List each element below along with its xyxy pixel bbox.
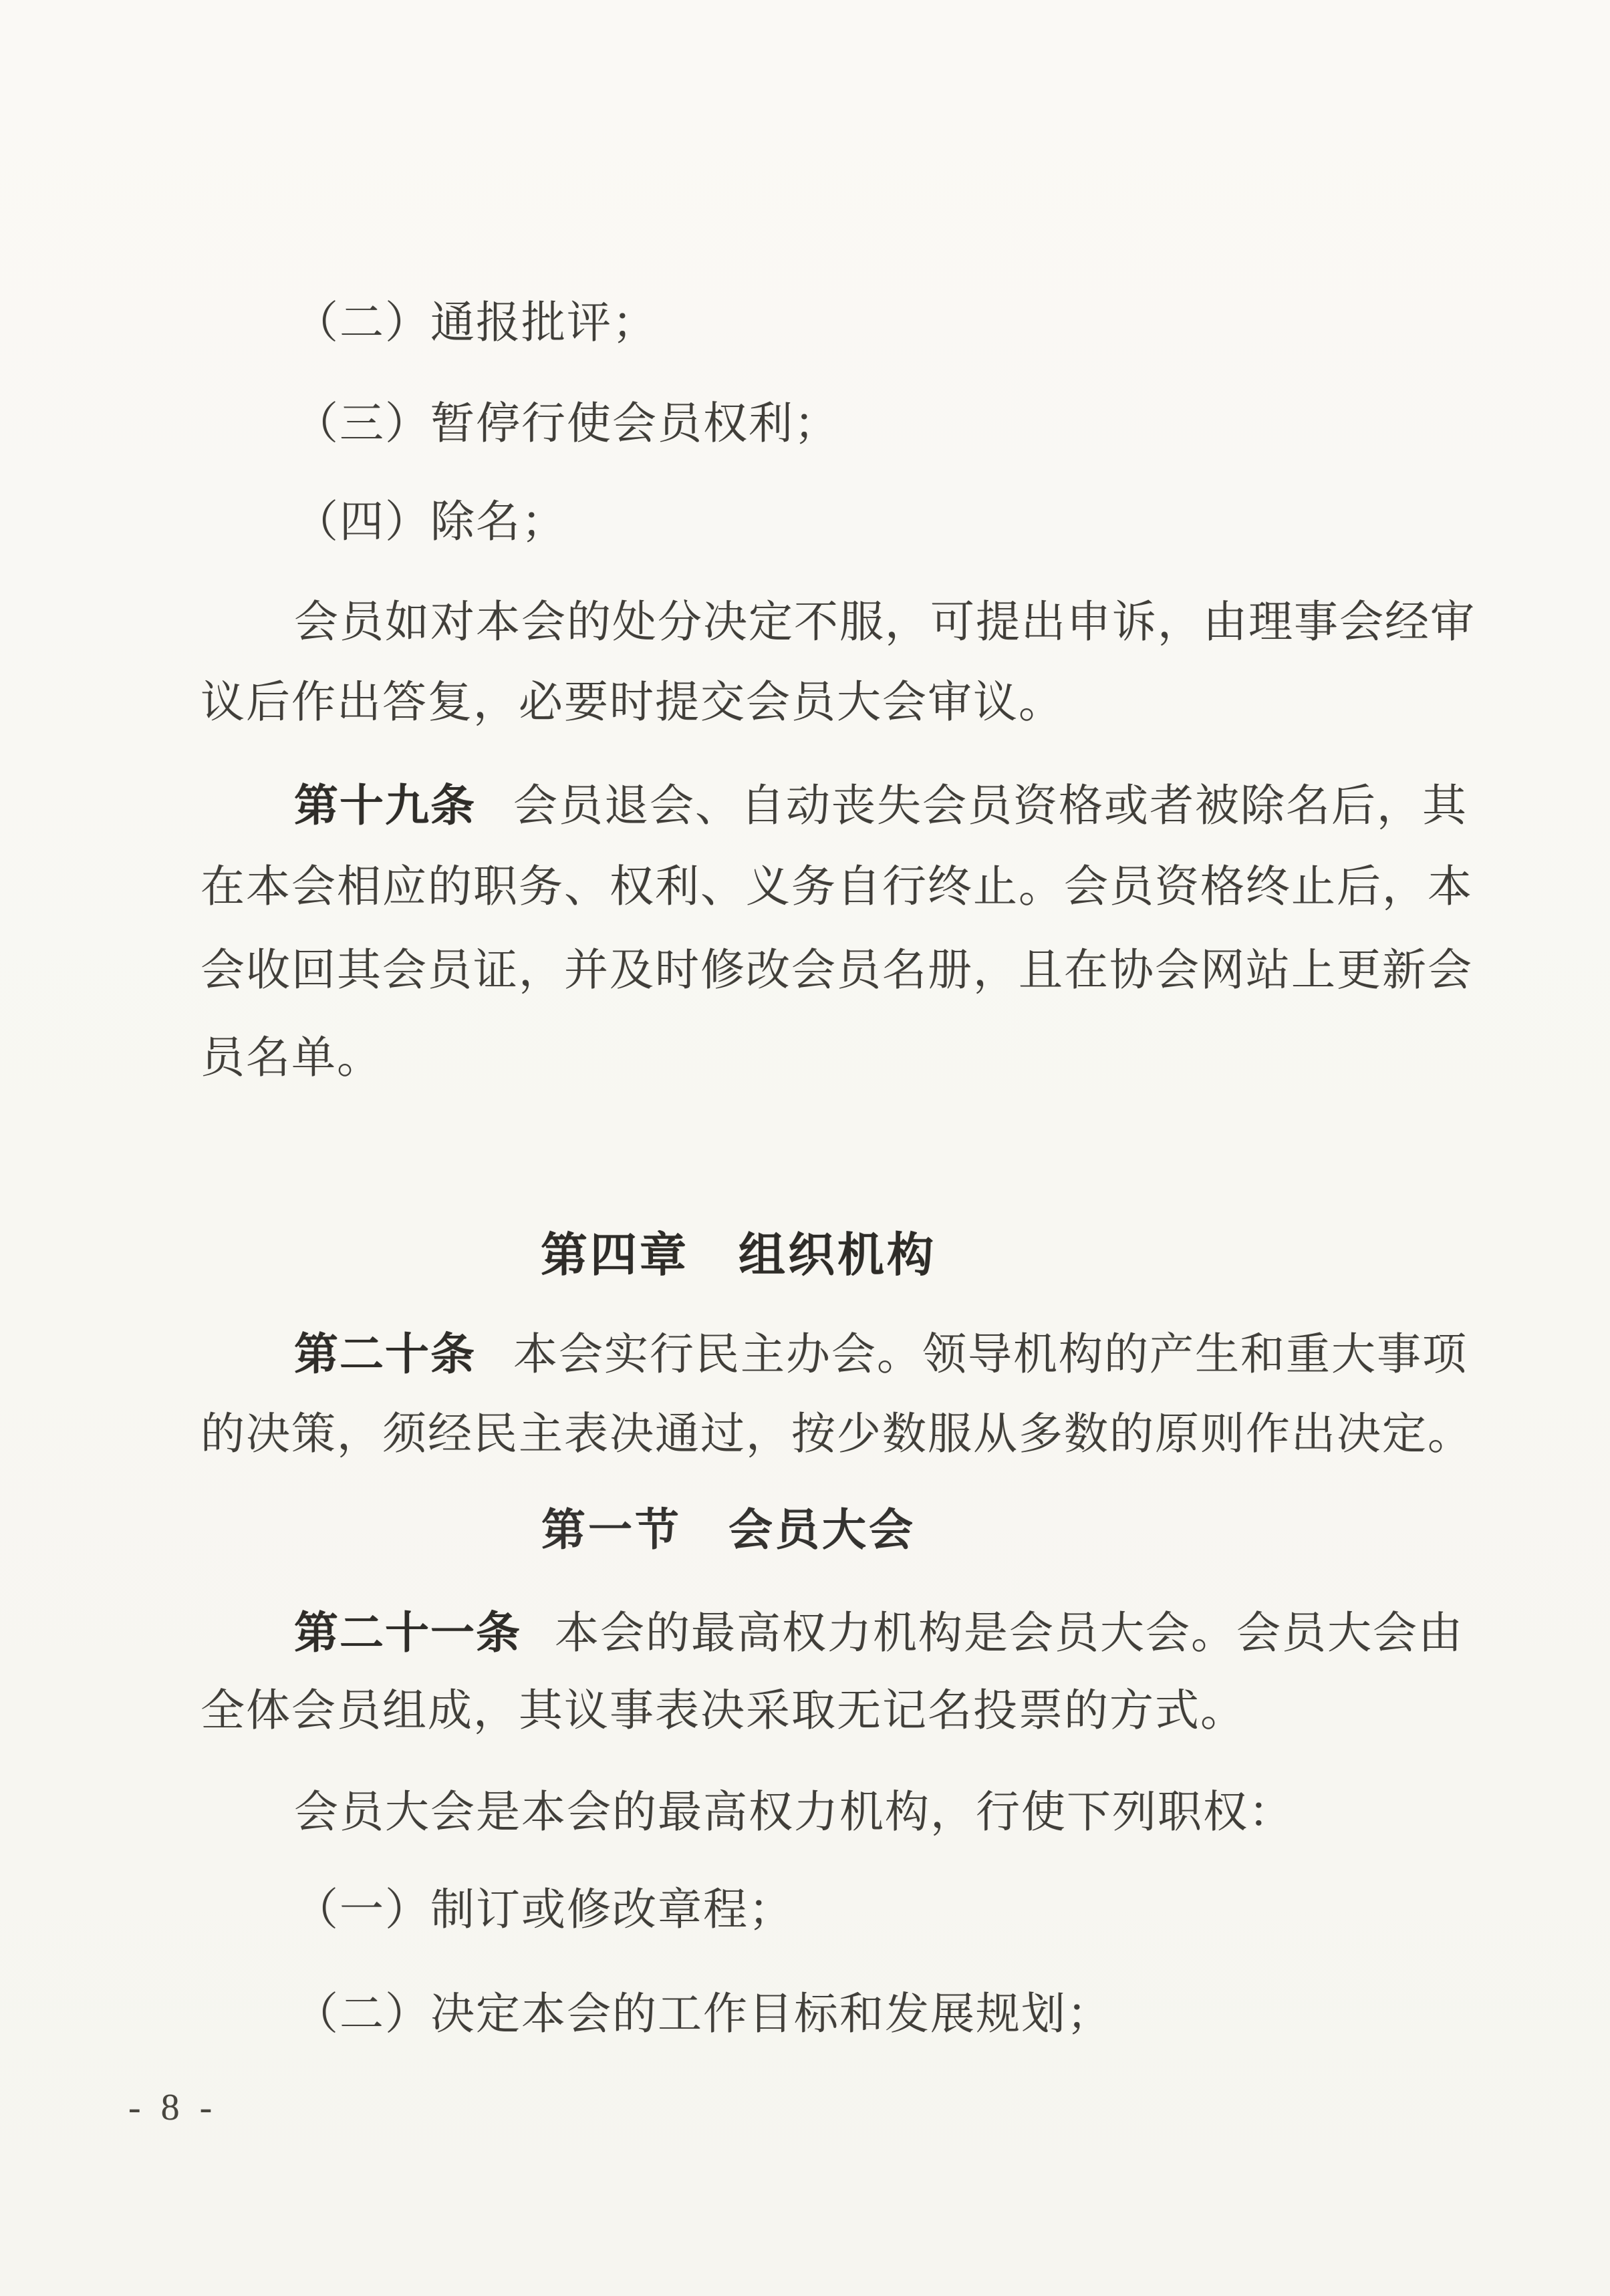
article-19-text: 会员退会、自动丧失会员资格或者被除名后，其 [513,782,1468,831]
discipline-item-3: （三）暂停行使会员权利； [294,402,839,446]
article-21-text: 本会的最高权力机构是会员大会。会员大会由 [555,1609,1464,1658]
article-19-line-2: 在本会相应的职务、权利、义务自行终止。会员资格终止后，本 [200,865,1473,909]
article-20-line-1: 第二十条本会实行民主办会。领导机构的产生和重大事项 [294,1332,1468,1377]
chapter-4-heading: 第四章 组织机构 [0,1232,1477,1278]
article-20-text: 本会实行民主办会。领导机构的产生和重大事项 [513,1330,1468,1379]
article-21-line-2: 全体会员组成，其议事表决采取无记名投票的方式。 [200,1689,1246,1733]
section-1-heading: 第一节 会员大会 [0,1509,1457,1553]
article-19-line-4: 员名单。 [200,1036,382,1081]
document-page: （二）通报批评； （三）暂停行使会员权利； （四）除名； 会员如对本会的处分决定… [0,0,1610,2296]
article-21-line-1: 第二十一条本会的最高权力机构是会员大会。会员大会由 [294,1610,1464,1656]
article-20-number: 第二十条 [294,1329,476,1379]
article-20-line-2: 的决策，须经民主表决通过，按少数服从多数的原则作出决定。 [200,1413,1473,1457]
article-19-line-3: 会收回其会员证，并及时修改会员名册，且在协会网站上更新会 [200,949,1473,993]
article-21-number: 第二十一条 [294,1608,521,1657]
discipline-item-4: （四）除名； [294,500,567,545]
powers-intro: 会员大会是本会的最高权力机构，行使下列职权： [294,1791,1294,1835]
power-item-1: （一）制订或修改章程； [294,1888,794,1932]
article-19-line-1: 第十九条会员退会、自动丧失会员资格或者被除名后，其 [294,783,1468,829]
discipline-item-2: （二）通报批评； [294,301,658,345]
appeal-paragraph-line-2: 议后作出答复，必要时提交会员大会审议。 [200,681,1064,725]
page-number: - 8 - [128,2089,217,2126]
appeal-paragraph-line-1: 会员如对本会的处分决定不服，可提出申诉，由理事会经审 [294,601,1476,645]
power-item-2: （二）决定本会的工作目标和发展规划； [294,1993,1112,2037]
scanned-document-page: { "page": { "number": "- 8 -" }, "colors… [0,0,1610,2296]
article-19-number: 第十九条 [294,780,476,830]
